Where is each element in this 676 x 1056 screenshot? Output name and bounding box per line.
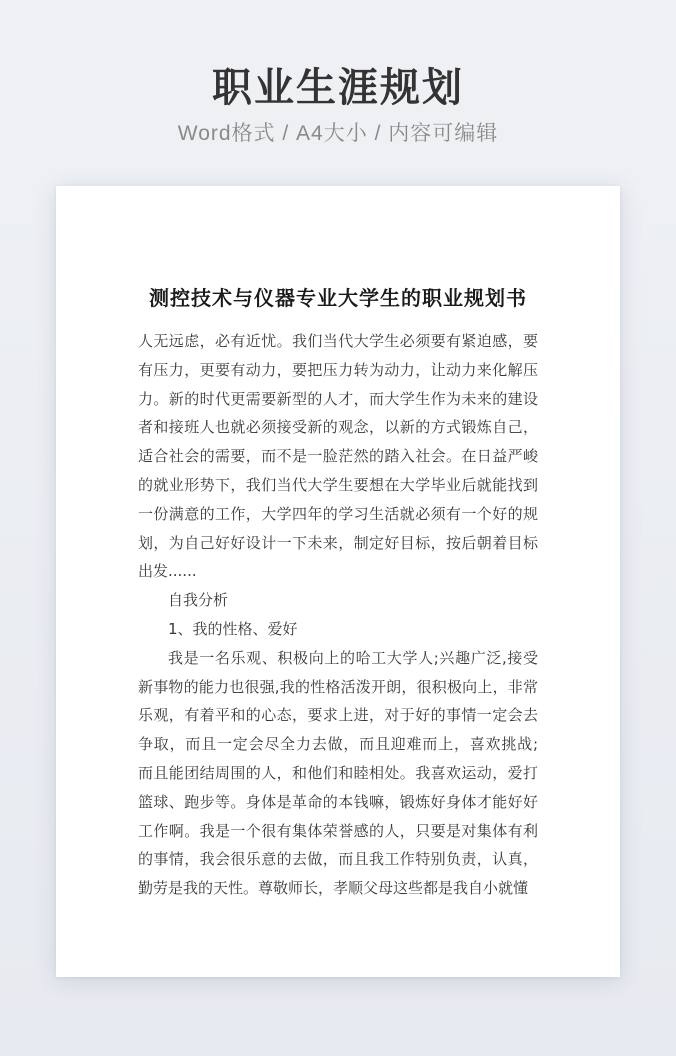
document-line: 工作啊。我是一个很有集体荣誉感的人，只要是对集体有利 <box>138 817 538 846</box>
document-line: 自我分析 <box>138 586 538 615</box>
document-line: 的就业形势下，我们当代大学生要想在大学毕业后就能找到 <box>138 471 538 500</box>
template-title: 职业生涯规划 <box>0 64 676 112</box>
document-line: 的事情，我会很乐意的去做，而且我工作特别负责，认真， <box>138 845 538 874</box>
document-line: 而且能团结周围的人，和他们和睦相处。我喜欢运动，爱打 <box>138 759 538 788</box>
template-preview-page: { "header": { "title": "职业生涯规划", "subtit… <box>0 0 676 1056</box>
preview-header: 职业生涯规划 Word格式 / A4大小 / 内容可编辑 <box>0 0 676 148</box>
document-line: 出发...... <box>138 557 538 586</box>
document-body: 人无远虑，必有近忧。我们当代大学生必须要有紧迫感，要有压力，更要有动力，要把压力… <box>138 327 538 903</box>
template-format-subtitle: Word格式 / A4大小 / 内容可编辑 <box>0 120 676 148</box>
document-line: 争取，而且一定会尽全力去做，而且迎难而上，喜欢挑战; <box>138 730 538 759</box>
document-line: 人无远虑，必有近忧。我们当代大学生必须要有紧迫感，要 <box>138 327 538 356</box>
document-line: 者和接班人也就必须接受新的观念，以新的方式锻炼自己， <box>138 413 538 442</box>
document-line: 勤劳是我的天性。尊敬师长，孝顺父母这些都是我自小就懂 <box>138 874 538 903</box>
document-page: 测控技术与仪器专业大学生的职业规划书 人无远虑，必有近忧。我们当代大学生必须要有… <box>56 186 620 977</box>
document-line: 1、我的性格、爱好 <box>138 615 538 644</box>
document-line: 我是一名乐观、积极向上的哈工大学人;兴趣广泛,接受 <box>138 644 538 673</box>
document-line: 有压力，更要有动力，要把压力转为动力，让动力来化解压 <box>138 356 538 385</box>
document-line: 力。新的时代更需要新型的人才，而大学生作为未来的建设 <box>138 385 538 414</box>
document-line: 乐观，有着平和的心态，要求上进，对于好的事情一定会去 <box>138 701 538 730</box>
document-line: 篮球、跑步等。身体是革命的本钱嘛，锻炼好身体才能好好 <box>138 788 538 817</box>
document-line: 适合社会的需要，而不是一脸茫然的踏入社会。在日益严峻 <box>138 442 538 471</box>
document-line: 划，为自己好好设计一下未来，制定好目标，按后朝着目标 <box>138 529 538 558</box>
document-line: 新事物的能力也很强,我的性格活泼开朗，很积极向上，非常 <box>138 673 538 702</box>
document-line: 一份满意的工作，大学四年的学习生活就必须有一个好的规 <box>138 500 538 529</box>
document-title: 测控技术与仪器专业大学生的职业规划书 <box>138 282 538 314</box>
